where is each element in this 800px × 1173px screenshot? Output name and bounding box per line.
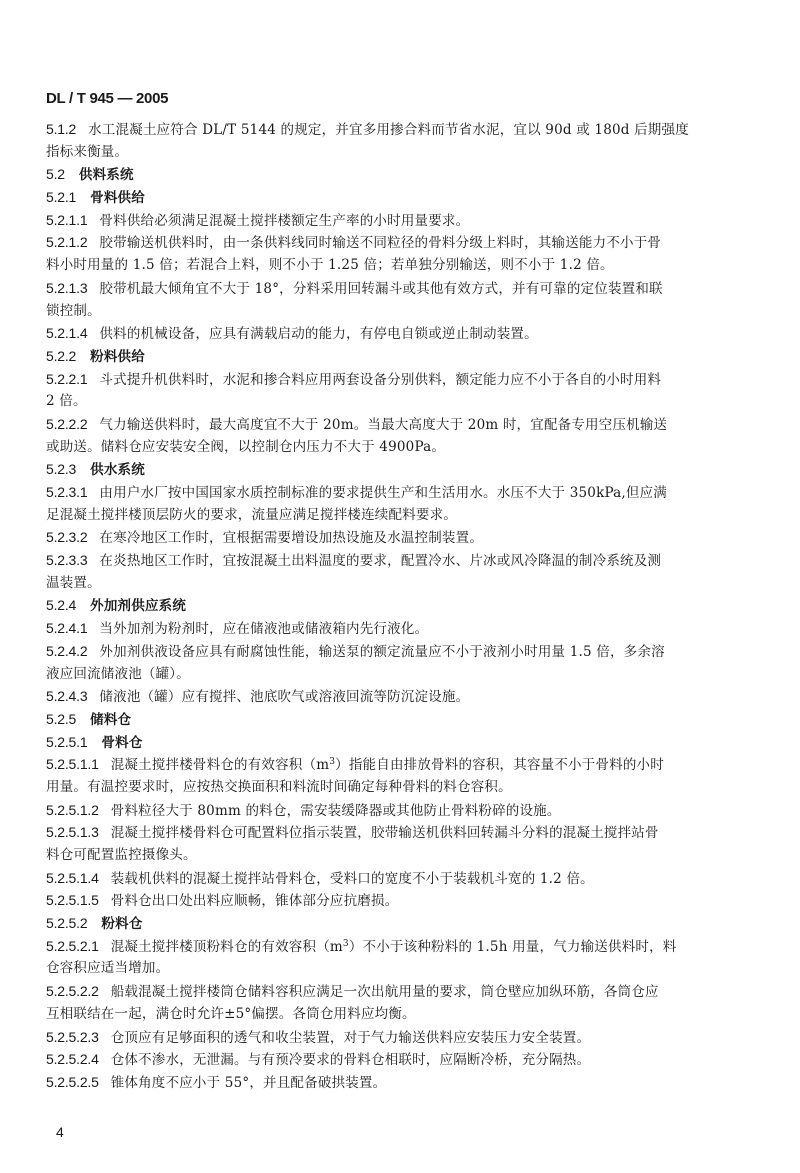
clause-text: 胶带输送机供料时，由一条供料线同时输送不同粒径的骨料分级上料时，其输送能力不小于… xyxy=(99,235,661,251)
clause-text: 互相联结在一起，满仓时允许±5°偏摆。各筒仓用料应均衡。 xyxy=(46,1006,416,1022)
clause-text: 混凝土搅拌楼顶粉料仓的有效容积（m3）不小于该种粉料的 1.5h 用量，气力输送… xyxy=(111,939,677,955)
clause-line: 5.2.5.1.3混凝土搅拌楼骨料仓可配置料位指示装置，胶带输送机供料回转漏斗分… xyxy=(46,821,754,844)
clause-text: 在炎热地区工作时，宜按混凝土出料温度的要求，配置冷水、片冰或风冷降温的制冷系统及… xyxy=(99,553,661,569)
clause-number: 5.2.5.2.1 xyxy=(46,935,99,958)
clause-text: 外加剂供液设备应具有耐腐蚀性能，输送泵的额定流量应不小于液剂小时用量 1.5 倍… xyxy=(99,644,664,660)
continuation-line: 或助送。储料仓应安装安全阀，以控制仓内压力不大于 4900Pa。 xyxy=(46,436,754,459)
clause-number: 5.2.3.2 xyxy=(46,526,87,549)
clause-text: 由用户水厂按中国国家水质控制标准的要求提供生产和生活用水。水压不大于 350kP… xyxy=(99,485,667,501)
clause-text: 水工混凝土应符合 DL/T 5144 的规定，并宜多用掺合料而节省水泥，宜以 9… xyxy=(88,122,689,138)
clause-line: 5.2.2.1斗式提升机供料时，水泥和掺合料应用两套设备分别供料，额定能力应不小… xyxy=(46,368,754,391)
section-heading: 5.2.2粉料供给 xyxy=(46,345,754,368)
clause-text: 温装置。 xyxy=(46,575,101,591)
heading-text: 储料仓 xyxy=(90,712,131,728)
clause-text: 船载混凝土搅拌楼筒仓储料容积应满足一次出航用量的要求，筒仓壁应加纵环筋，各筒仓应 xyxy=(111,984,659,1000)
continuation-line: 温装置。 xyxy=(46,572,754,595)
clause-number: 5.2.2 xyxy=(46,345,76,368)
clause-line: 5.2.5.1.1混凝土搅拌楼骨料仓的有效容积（m3）指能自由排放骨料的容积，其… xyxy=(46,753,754,776)
heading-text: 外加剂供应系统 xyxy=(90,598,186,614)
clause-line: 5.2.5.2.4仓体不渗水，无泄漏。与有预冷要求的骨料仓相联时，应隔断冷桥，充… xyxy=(46,1048,754,1071)
clause-text: 或助送。储料仓应安装安全阀，以控制仓内压力不大于 4900Pa。 xyxy=(46,439,445,455)
clause-text: 骨料粒径大于 80mm 的料仓，需安装缓降器或其他防止骨料粉碎的设施。 xyxy=(111,803,561,819)
clause-text: 锁控制。 xyxy=(46,303,101,319)
clause-line: 5.1.2水工混凝土应符合 DL/T 5144 的规定，并宜多用掺合料而节省水泥… xyxy=(46,118,754,141)
clause-text: 供料的机械设备，应具有满载启动的能力，有停电自锁或逆止制动装置。 xyxy=(99,326,537,342)
clause-number: 5.2.2.2 xyxy=(46,413,87,436)
clause-line: 5.2.4.3储液池（罐）应有搅拌、池底吹气或溶液回流等防沉淀设施。 xyxy=(46,685,754,708)
clause-line: 5.2.1.1骨料供给必须满足混凝土搅拌楼额定生产率的小时用量要求。 xyxy=(46,209,754,232)
clause-text: 骨料供给必须满足混凝土搅拌楼额定生产率的小时用量要求。 xyxy=(99,213,469,229)
clause-line: 5.2.1.4供料的机械设备，应具有满载启动的能力，有停电自锁或逆止制动装置。 xyxy=(46,322,754,345)
continuation-line: 用量。有温控要求时，应按热交换面积和料流时间确定每种骨料的料仓容积。 xyxy=(46,776,754,799)
clause-number: 5.2.4 xyxy=(46,594,76,617)
clause-line: 5.2.4.1当外加剂为粉剂时，应在储液池或储液箱内先行液化。 xyxy=(46,617,754,640)
document-body: 5.1.2水工混凝土应符合 DL/T 5144 的规定，并宜多用掺合料而节省水泥… xyxy=(46,118,754,1094)
clause-number: 5.1.2 xyxy=(46,118,76,141)
clause-number: 5.2.5.2.5 xyxy=(46,1071,99,1094)
clause-text: 气力输送供料时，最大高度宜不大于 20m。当最大高度大于 20m 时，宜配备专用… xyxy=(99,417,667,433)
continuation-line: 锁控制。 xyxy=(46,300,754,323)
heading-text: 粉料供给 xyxy=(90,349,145,365)
clause-text: 储液池（罐）应有搅拌、池底吹气或溶液回流等防沉淀设施。 xyxy=(99,689,469,705)
clause-text: 仓容积应适当增加。 xyxy=(46,960,169,976)
continuation-line: 互相联结在一起，满仓时允许±5°偏摆。各筒仓用料应均衡。 xyxy=(46,1003,754,1026)
clause-number: 5.2.1.4 xyxy=(46,322,87,345)
clause-text: 装载机供料的混凝土搅拌站骨料仓，受料口的宽度不小于装载机斗宽的 1.2 倍。 xyxy=(111,871,594,887)
clause-text: 用量。有温控要求时，应按热交换面积和料流时间确定每种骨料的料仓容积。 xyxy=(46,779,512,795)
clause-text: 混凝土搅拌楼骨料仓可配置料位指示装置，胶带输送机供料回转漏斗分料的混凝土搅拌站骨 xyxy=(111,825,659,841)
clause-line: 5.2.5.2.1混凝土搅拌楼顶粉料仓的有效容积（m3）不小于该种粉料的 1.5… xyxy=(46,935,754,958)
section-heading: 5.2.5.1骨料仓 xyxy=(46,731,754,754)
continuation-line: 液应回流储液池（罐）。 xyxy=(46,663,754,686)
continuation-line: 料仓可配置监控摄像头。 xyxy=(46,844,754,867)
heading-text: 粉料仓 xyxy=(101,916,142,932)
clause-number: 5.2.3.3 xyxy=(46,549,87,572)
heading-text: 供料系统 xyxy=(79,167,134,183)
clause-text: 混凝土搅拌楼骨料仓的有效容积（m3）指能自由排放骨料的容积，其容量不小于骨料的小… xyxy=(111,757,664,773)
clause-text: 锥体角度不应小于 55°，并且配备破拱装置。 xyxy=(111,1075,387,1091)
clause-text: 仓顶应有足够面积的透气和收尘装置，对于气力输送供料应安装压力安全装置。 xyxy=(111,1030,591,1046)
clause-line: 5.2.5.2.2船载混凝土搅拌楼筒仓储料容积应满足一次出航用量的要求，筒仓壁应… xyxy=(46,980,754,1003)
clause-text: 仓体不渗水，无泄漏。与有预冷要求的骨料仓相联时，应隔断冷桥，充分隔热。 xyxy=(111,1052,591,1068)
clause-number: 5.2.5.1.1 xyxy=(46,753,99,776)
section-heading: 5.2.5储料仓 xyxy=(46,708,754,731)
clause-number: 5.2.1.1 xyxy=(46,209,87,232)
clause-text: 当外加剂为粉剂时，应在储液池或储液箱内先行液化。 xyxy=(99,621,428,637)
clause-line: 5.2.4.2外加剂供液设备应具有耐腐蚀性能，输送泵的额定流量应不小于液剂小时用… xyxy=(46,640,754,663)
clause-number: 5.2.4.2 xyxy=(46,640,87,663)
clause-text: 指标来衡量。 xyxy=(46,144,128,160)
clause-number: 5.2.5.1.3 xyxy=(46,821,99,844)
clause-line: 5.2.3.3在炎热地区工作时，宜按混凝土出料温度的要求，配置冷水、片冰或风冷降… xyxy=(46,549,754,572)
clause-number: 5.2.5.1.5 xyxy=(46,889,99,912)
clause-number: 5.2.1 xyxy=(46,186,76,209)
clause-number: 5.2.1.2 xyxy=(46,231,87,254)
clause-line: 5.2.1.3胶带机最大倾角宜不大于 18°，分料采用回转漏斗或其他有效方式，并… xyxy=(46,277,754,300)
clause-line: 5.2.5.1.2骨料粒径大于 80mm 的料仓，需安装缓降器或其他防止骨料粉碎… xyxy=(46,799,754,822)
clause-number: 5.2.4.3 xyxy=(46,685,87,708)
clause-number: 5.2.3 xyxy=(46,458,76,481)
heading-text: 骨料供给 xyxy=(90,190,145,206)
clause-line: 5.2.1.2胶带输送机供料时，由一条供料线同时输送不同粒径的骨料分级上料时，其… xyxy=(46,231,754,254)
clause-number: 5.2.2.1 xyxy=(46,368,87,391)
clause-text: 骨料仓出口处出料应顺畅，锥体部分应抗磨损。 xyxy=(111,893,399,909)
clause-number: 5.2.5.2 xyxy=(46,912,87,935)
clause-number: 5.2.5.2.3 xyxy=(46,1026,99,1049)
clause-line: 5.2.5.2.3仓顶应有足够面积的透气和收尘装置，对于气力输送供料应安装压力安… xyxy=(46,1026,754,1049)
clause-text: 斗式提升机供料时，水泥和掺合料应用两套设备分别供料，额定能力应不小于各自的小时用… xyxy=(99,372,661,388)
clause-number: 5.2.5.1.2 xyxy=(46,799,99,822)
clause-number: 5.2.5.2.2 xyxy=(46,980,99,1003)
continuation-line: 仓容积应适当增加。 xyxy=(46,957,754,980)
clause-number: 5.2.1.3 xyxy=(46,277,87,300)
clause-number: 5.2.5.1.4 xyxy=(46,867,99,890)
clause-number: 5.2.3.1 xyxy=(46,481,87,504)
clause-line: 5.2.3.1由用户水厂按中国国家水质控制标准的要求提供生产和生活用水。水压不大… xyxy=(46,481,754,504)
continuation-line: 2 倍。 xyxy=(46,390,754,413)
standard-id-header: DL / T 945 — 2005 xyxy=(46,90,168,107)
clause-number: 5.2.5.2.4 xyxy=(46,1048,99,1071)
clause-line: 5.2.5.2.5锥体角度不应小于 55°，并且配备破拱装置。 xyxy=(46,1071,754,1094)
clause-line: 5.2.5.1.5骨料仓出口处出料应顺畅，锥体部分应抗磨损。 xyxy=(46,889,754,912)
continuation-line: 足混凝土搅拌楼顶层防火的要求，流量应满足搅拌楼连续配料要求。 xyxy=(46,504,754,527)
clause-text: 胶带机最大倾角宜不大于 18°，分料采用回转漏斗或其他有效方式，并有可靠的定位装… xyxy=(99,281,662,297)
clause-text: 料小时用量的 1.5 倍；若混合上料，则不小于 1.25 倍；若单独分别输送，则… xyxy=(46,257,614,273)
clause-number: 5.2 xyxy=(46,163,65,186)
clause-text: 料仓可配置监控摄像头。 xyxy=(46,847,197,863)
heading-text: 骨料仓 xyxy=(101,735,142,751)
clause-text: 在寒冷地区工作时，宜根据需要增设加热设施及水温控制装置。 xyxy=(99,530,483,546)
clause-line: 5.2.3.2在寒冷地区工作时，宜根据需要增设加热设施及水温控制装置。 xyxy=(46,526,754,549)
clause-text: 足混凝土搅拌楼顶层防火的要求，流量应满足搅拌楼连续配料要求。 xyxy=(46,507,457,523)
clause-text: 2 倍。 xyxy=(46,393,87,409)
section-heading: 5.2.3供水系统 xyxy=(46,458,754,481)
clause-number: 5.2.5.1 xyxy=(46,731,87,754)
section-heading: 5.2.5.2粉料仓 xyxy=(46,912,754,935)
section-heading: 5.2.1骨料供给 xyxy=(46,186,754,209)
heading-text: 供水系统 xyxy=(90,462,145,478)
clause-number: 5.2.4.1 xyxy=(46,617,87,640)
continuation-line: 料小时用量的 1.5 倍；若混合上料，则不小于 1.25 倍；若单独分别输送，则… xyxy=(46,254,754,277)
section-heading: 5.2供料系统 xyxy=(46,163,754,186)
section-heading: 5.2.4外加剂供应系统 xyxy=(46,594,754,617)
page-number: 4 xyxy=(56,1124,64,1140)
continuation-line: 指标来衡量。 xyxy=(46,141,754,164)
clause-line: 5.2.5.1.4装载机供料的混凝土搅拌站骨料仓，受料口的宽度不小于装载机斗宽的… xyxy=(46,867,754,890)
clause-number: 5.2.5 xyxy=(46,708,76,731)
clause-line: 5.2.2.2气力输送供料时，最大高度宜不大于 20m。当最大高度大于 20m … xyxy=(46,413,754,436)
clause-text: 液应回流储液池（罐）。 xyxy=(46,666,190,682)
